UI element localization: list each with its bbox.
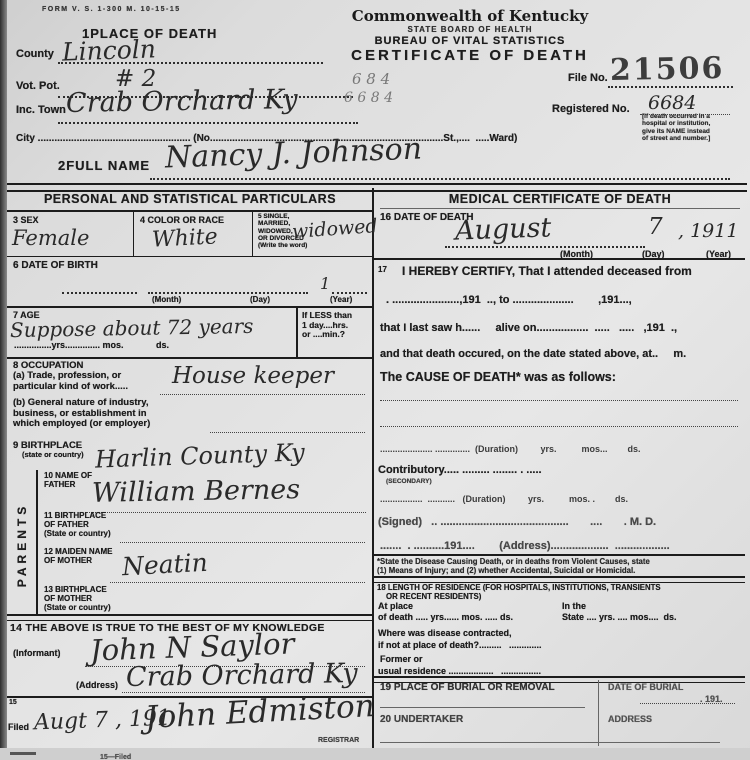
mother-birthplace-label: 13 BIRTHPLACE OF MOTHER (State or countr… <box>44 586 111 613</box>
residence-title-2: OR RECENT RESIDENTS) <box>386 592 481 601</box>
birthplace-value: Harlin County Ky <box>95 438 306 473</box>
undertaker-bottom-line <box>380 742 720 743</box>
signed-row: (Signed) .. ............................… <box>378 516 656 528</box>
inc-town-value: Crab Orchard Ky <box>66 84 298 119</box>
dob-day-caption: (Day) <box>250 295 270 304</box>
inc-town-line <box>58 122 358 124</box>
death-certificate-scan: FORM V. S. 1-300 M. 10-15-15 Commonwealt… <box>0 0 750 760</box>
residence-former-1: Former or <box>380 654 423 664</box>
header-bureau: BUREAU OF VITAL STATISTICS <box>300 35 640 47</box>
occupation-a-line <box>160 394 365 395</box>
parents-label: PARENTS <box>15 495 29 595</box>
duration-row-2: ................. ........... (Duration)… <box>380 494 628 504</box>
sex-label: 3 SEX <box>13 215 39 225</box>
dod-rule <box>374 258 745 260</box>
footnote-rule-top <box>374 554 745 556</box>
column-divider <box>372 188 374 748</box>
parents-inset-divider <box>36 470 38 615</box>
pencil-number-684: 6 8 4 <box>352 70 390 88</box>
burial-cell-divider <box>598 680 599 746</box>
dob-month-caption: (Month) <box>152 295 181 304</box>
header-title: CERTIFICATE OF DEATH <box>300 47 640 64</box>
full-name-label: 2FULL NAME <box>58 158 150 173</box>
sex-value: Female <box>12 226 89 250</box>
attest-rule <box>7 614 372 621</box>
file-no-value: 21506 <box>610 51 725 88</box>
signed-address-row: ....... . ..........191.... (Address)...… <box>380 540 670 552</box>
header-board: STATE BOARD OF HEALTH <box>300 25 640 34</box>
birthplace-sub-label: (state or country) <box>22 450 84 459</box>
undertaker-address-label: ADDRESS <box>608 714 652 724</box>
registered-no-value: 6684 <box>648 92 696 114</box>
file-no-line <box>608 86 733 88</box>
place-of-burial-label: 19 PLACE OF BURIAL OR REMOVAL <box>380 682 555 693</box>
informant-address-value: Crab Orchard Ky <box>126 658 358 693</box>
medical-title-rule <box>380 208 740 209</box>
certify-line-4: and that death occured, on the date stat… <box>380 348 686 360</box>
county-label: County <box>16 48 54 60</box>
scan-left-edge <box>0 0 7 760</box>
filed-label: Filed <box>8 722 29 732</box>
cause-of-death-label: The CAUSE OF DEATH* was as follows: <box>380 370 616 384</box>
occupation-a-value: House keeper <box>172 363 334 389</box>
residence-former-2: usual residence .................. .....… <box>378 666 541 676</box>
mother-maiden-label: 12 MAIDEN NAME OF MOTHER <box>44 548 112 566</box>
undertaker-label: 20 UNDERTAKER <box>380 714 463 725</box>
contributory-label: Contributory..... ......... ........ . .… <box>378 464 542 476</box>
date-of-death-year: , 1911 <box>678 220 738 242</box>
footnote-line-2: (1) Means of Injury; and (2) whether Acc… <box>377 566 635 575</box>
section-divider <box>7 183 747 192</box>
date-of-death-month: August <box>454 212 551 246</box>
age-rule <box>7 357 372 359</box>
medical-title: MEDICAL CERTIFICATE OF DEATH <box>376 192 744 206</box>
registered-no-label: Registered No. <box>552 103 630 115</box>
sex-row-rule <box>7 256 372 257</box>
secondary-label: (SECONDARY) <box>386 478 432 485</box>
occupation-a-label: (a) Trade, profession, or particular kin… <box>13 371 128 392</box>
residence-title-1: 18 LENGTH OF RESIDENCE (FOR HOSPITALS, I… <box>377 583 661 592</box>
dob-label: 6 DATE OF BIRTH <box>13 260 98 271</box>
color-marital-divider <box>252 211 253 256</box>
certify-line-2: . ......................,191 .., to ....… <box>386 294 632 306</box>
residence-where-2: if not at place of death?......... .....… <box>378 640 542 650</box>
father-name-label: 10 NAME OF FATHER <box>44 472 92 490</box>
occupation-b-label: (b) General nature of industry, business… <box>13 398 150 430</box>
inc-town-label: Inc. Town <box>16 104 66 116</box>
certify-line-3: that I last saw h...... alive on........… <box>380 322 677 334</box>
footnote-rule-bottom <box>374 576 745 583</box>
header-commonwealth: Commonwealth of Kentucky <box>300 7 640 25</box>
duration-row-1: ..................... .............. (Du… <box>380 444 641 454</box>
informant-label: (Informant) <box>13 648 61 658</box>
dob-value: 1 <box>320 274 330 293</box>
vot-pot-label: Vot. Pot. <box>16 80 60 92</box>
date-of-burial-label: DATE OF BURIAL <box>608 682 683 692</box>
dob-line-2 <box>148 292 308 294</box>
county-line <box>58 62 323 64</box>
date-of-death-day: 7 <box>648 214 663 240</box>
marital-value: widowed <box>291 215 378 243</box>
residence-in-the-2: State .... yrs. .... mos.... ds. <box>562 612 677 622</box>
footnote-line-1: *State the Disease Causing Death, or in … <box>377 557 650 566</box>
dob-line-3 <box>332 292 367 294</box>
bottom-partial-text: 15—Filed <box>100 754 131 760</box>
burial-row-line <box>380 707 585 708</box>
date-of-death-line <box>445 246 645 248</box>
age-value: Suppose about 72 years <box>10 314 254 342</box>
informant-address-label: (Address) <box>76 680 118 690</box>
file-no-label: File No. <box>568 72 608 84</box>
certify-number: 17 <box>378 265 387 274</box>
father-name-line <box>86 512 366 513</box>
dob-year-caption: (Year) <box>330 295 352 304</box>
residence-where-1: Where was disease contracted, <box>378 628 512 638</box>
scan-bottom-marks <box>10 752 36 755</box>
personal-title-rule <box>7 210 372 212</box>
age-units: ...............yrs.............. mos. ds… <box>14 340 169 350</box>
mother-maiden-line <box>110 582 365 583</box>
age-lessbox-divider <box>296 307 298 357</box>
personal-title: PERSONAL AND STATISTICAL PARTICULARS <box>8 192 372 206</box>
sex-color-divider <box>133 211 134 256</box>
filed-number: 15 <box>9 699 17 706</box>
father-birthplace-label: 11 BIRTHPLACE OF FATHER (State or countr… <box>44 512 111 539</box>
registrar-label: REGISTRAR <box>318 737 359 744</box>
residence-in-the-1: In the <box>562 601 586 611</box>
full-name-line <box>150 178 730 180</box>
occupation-b-line <box>210 432 365 433</box>
mother-maiden-value: Neatin <box>121 548 208 581</box>
color-value: White <box>151 224 218 252</box>
hospital-note: [If death occurred in a hospital or inst… <box>642 113 742 142</box>
dob-line-1 <box>62 292 137 294</box>
father-birthplace-line <box>120 542 365 543</box>
father-name-value: William Bernes <box>92 474 301 509</box>
cause-line-1 <box>380 400 738 401</box>
cause-line-2 <box>380 426 738 427</box>
residence-at-place-1: At place <box>378 601 413 611</box>
dob-rule <box>7 306 372 308</box>
certify-line-1: I HEREBY CERTIFY, That I attended deceas… <box>402 264 692 278</box>
residence-at-place-2: of death ..... yrs...... mos. ..... ds. <box>378 612 513 622</box>
full-name-value: Nancy J. Johnson <box>164 132 422 176</box>
age-less-note: If LESS than 1 day....hrs. or ....min.? <box>302 311 370 340</box>
pencil-number-6684: 6 6 8 4 <box>344 90 393 106</box>
color-label: 4 COLOR OR RACE <box>140 215 224 225</box>
form-number: FORM V. S. 1-300 M. 10-15-15 <box>42 6 181 13</box>
burial-date-line <box>640 703 735 704</box>
